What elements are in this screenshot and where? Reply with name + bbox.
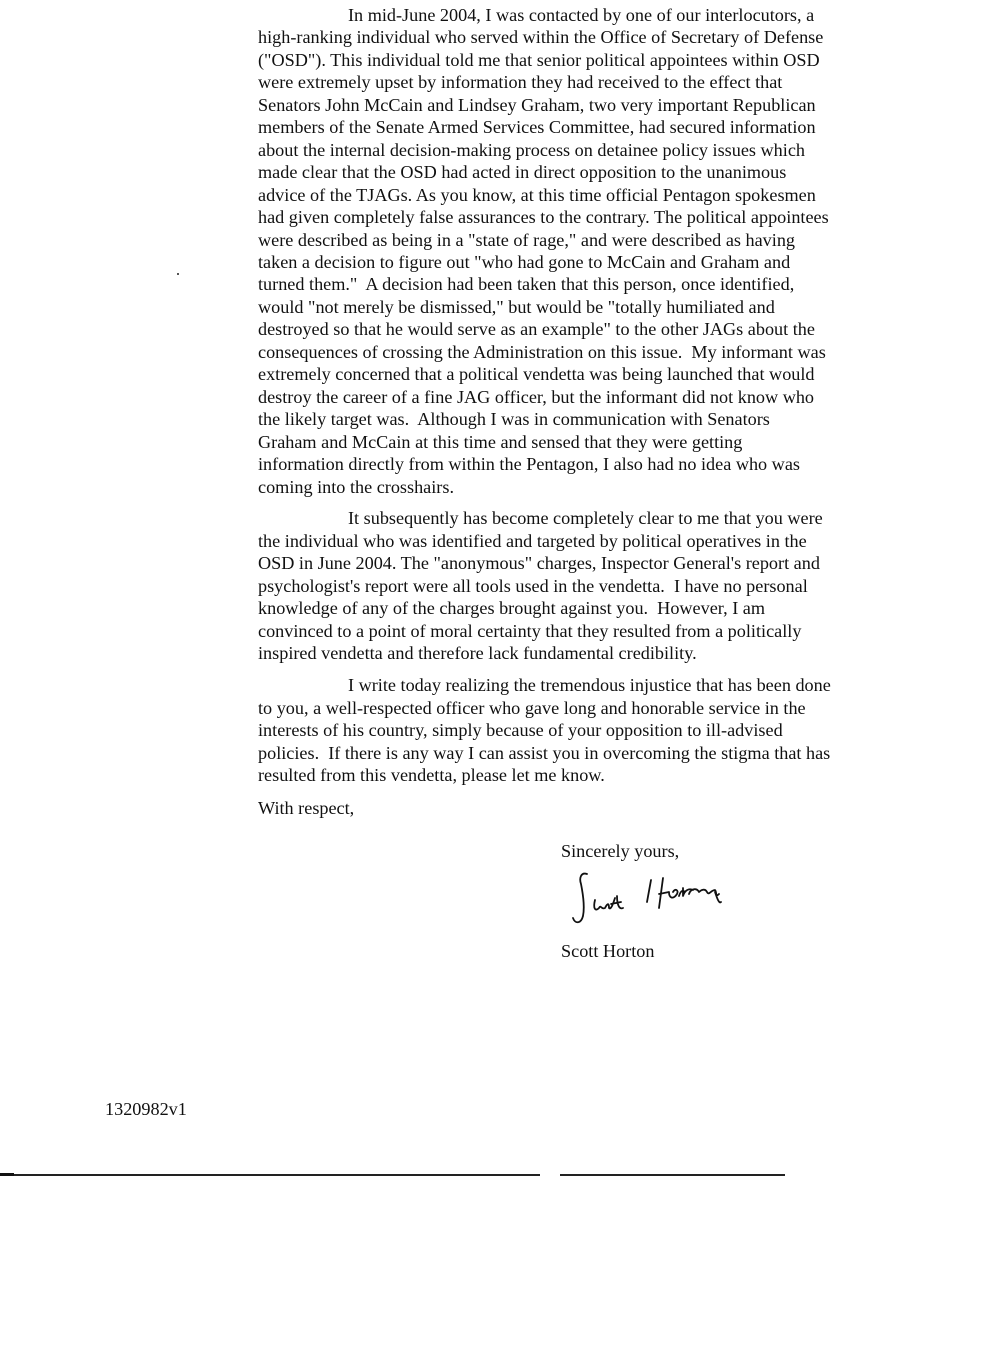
document-id: 1320982v1 xyxy=(105,1098,187,1120)
text-line: would "not merely be dismissed," but wou… xyxy=(258,296,898,318)
text-line: the likely target was. Although I was in… xyxy=(258,408,898,430)
text-line: Senators John McCain and Lindsey Graham,… xyxy=(258,94,898,116)
text-line: ("OSD"). This individual told me that se… xyxy=(258,49,898,71)
text-line: coming into the crosshairs. xyxy=(258,476,898,498)
text-line: interests of his country, simply because… xyxy=(258,719,898,741)
text-line: policies. If there is any way I can assi… xyxy=(258,742,898,764)
text-line: consequences of crossing the Administrat… xyxy=(258,341,898,363)
text-line: In mid-June 2004, I was contacted by one… xyxy=(258,4,898,26)
text-line: the individual who was identified and ta… xyxy=(258,530,898,552)
text-line: made clear that the OSD had acted in dir… xyxy=(258,161,898,183)
closing-line: With respect, xyxy=(258,797,354,819)
text-line: psychologist's report were all tools use… xyxy=(258,575,898,597)
text-line: It subsequently has become completely cl… xyxy=(258,507,898,529)
text-line: taken a decision to figure out "who had … xyxy=(258,251,898,273)
text-line: turned them." A decision had been taken … xyxy=(258,273,898,295)
text-line: high-ranking individual who served withi… xyxy=(258,26,898,48)
text-line: knowledge of any of the charges brought … xyxy=(258,597,898,619)
text-line: advice of the TJAGs. As you know, at thi… xyxy=(258,184,898,206)
text-line: destroyed so that he would serve as an e… xyxy=(258,318,898,340)
letter-body: In mid-June 2004, I was contacted by one… xyxy=(258,4,898,786)
text-line: extremely concerned that a political ven… xyxy=(258,363,898,385)
text-line: Graham and McCain at this time and sense… xyxy=(258,431,898,453)
paragraph: In mid-June 2004, I was contacted by one… xyxy=(258,4,898,498)
paragraph: I write today realizing the tremendous i… xyxy=(258,674,898,786)
text-line: were described as being in a "state of r… xyxy=(258,229,898,251)
text-line: destroy the career of a fine JAG officer… xyxy=(258,386,898,408)
text-line: I write today realizing the tremendous i… xyxy=(258,674,898,696)
text-line: to you, a well-respected officer who gav… xyxy=(258,697,898,719)
text-line: about the internal decision-making proce… xyxy=(258,139,898,161)
text-line: had given completely false assurances to… xyxy=(258,206,898,228)
footer-rule-right xyxy=(560,1174,785,1176)
text-line: information directly from within the Pen… xyxy=(258,453,898,475)
paragraph: It subsequently has become completely cl… xyxy=(258,507,898,664)
text-line: convinced to a point of moral certainty … xyxy=(258,620,898,642)
text-line: members of the Senate Armed Services Com… xyxy=(258,116,898,138)
signature-icon xyxy=(565,868,775,930)
text-line: were extremely upset by information they… xyxy=(258,71,898,93)
letter-page: In mid-June 2004, I was contacted by one… xyxy=(0,0,997,1372)
footer-rule-left xyxy=(0,1174,540,1176)
text-line: OSD in June 2004. The "anonymous" charge… xyxy=(258,552,898,574)
text-line: resulted from this vendetta, please let … xyxy=(258,764,898,786)
valediction: Sincerely yours, xyxy=(561,840,679,862)
signer-name: Scott Horton xyxy=(561,940,654,962)
scan-speck xyxy=(177,273,179,275)
text-line: inspired vendetta and therefore lack fun… xyxy=(258,642,898,664)
